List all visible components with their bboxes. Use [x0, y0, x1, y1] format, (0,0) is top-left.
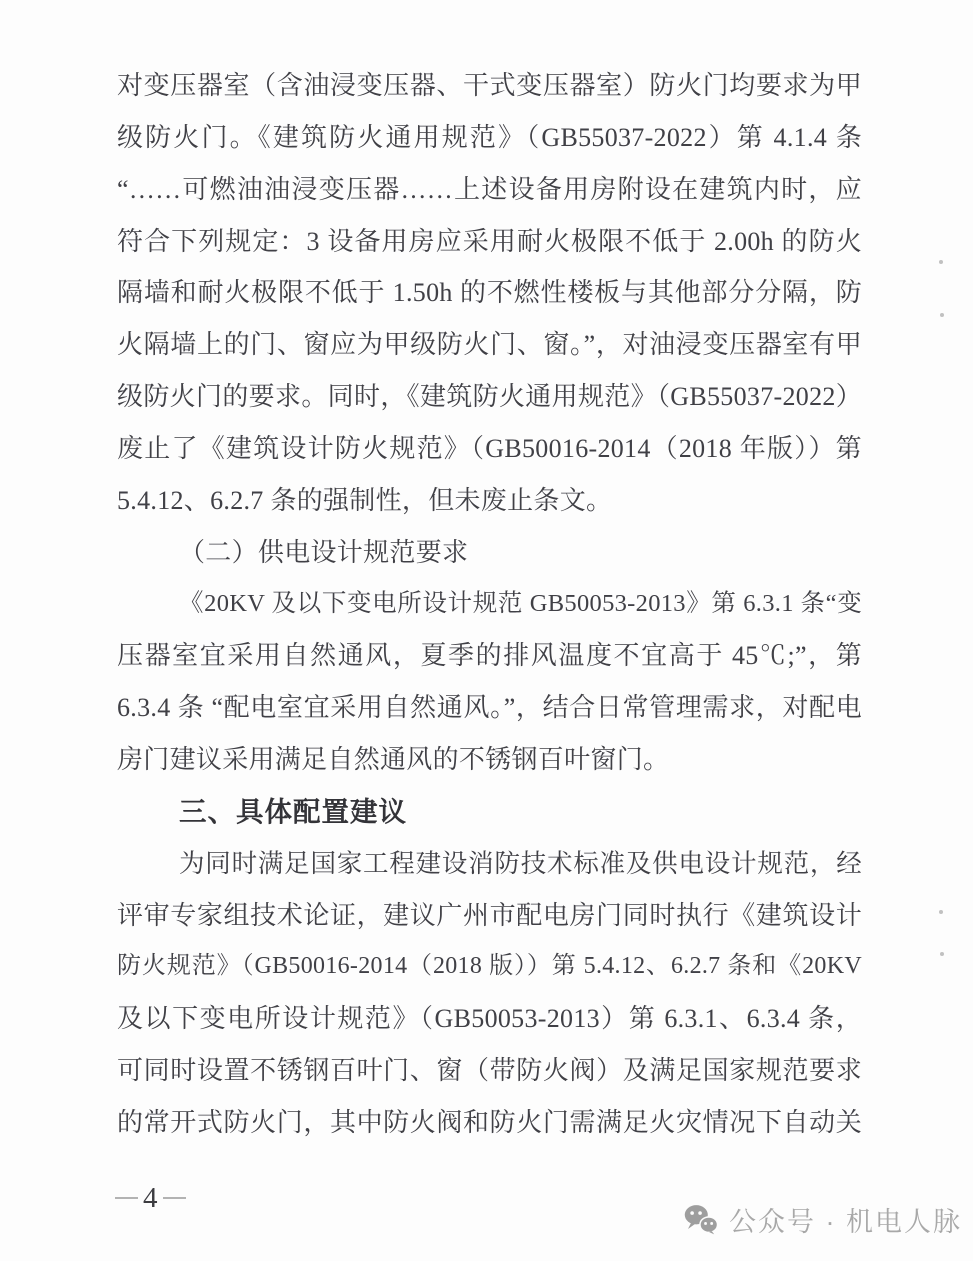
text-line: 废止了《建筑设计防火规范》（GB50016-2014（2018 年版））第 — [117, 423, 862, 475]
wechat-icon — [684, 1204, 718, 1235]
text-line: 级防火门的要求。同时，《建筑防火通用规范》（GB55037-2022） — [117, 371, 862, 423]
text-line: 评审专家组技术论证，建议广州市配电房门同时执行《建筑设计 — [117, 890, 862, 942]
scan-speck — [939, 260, 943, 264]
scan-speck — [940, 313, 944, 317]
text-line: 级防火门。《建筑防火通用规范》（GB55037-2022）第 4.1.4 条 — [117, 112, 862, 164]
page-number: 4 — [110, 1183, 191, 1213]
document-text: 对变压器室（含油浸变压器、干式变压器室）防火门均要求为甲级防火门。《建筑防火通用… — [117, 60, 862, 1149]
section-heading: 三、具体配置建议 — [117, 786, 862, 838]
page-number-dash — [115, 1197, 138, 1199]
text-line: 压器室宜采用自然通风，夏季的排风温度不宜高于 45℃;”，第 — [117, 630, 862, 682]
text-line: 火隔墙上的门、窗应为甲级防火门、窗。”，对油浸变压器室有甲 — [117, 319, 862, 371]
page-number-value: 4 — [143, 1182, 158, 1215]
text-line: 5.4.12、6.2.7 条的强制性，但未废止条文。 — [117, 475, 862, 527]
text-line: 6.3.4 条 “配电室宜采用自然通风。”，结合日常管理需求，对配电 — [117, 682, 862, 734]
text-line: 的常开式防火门，其中防火阀和防火门需满足火灾情况下自动关 — [117, 1097, 862, 1149]
text-line: “……可燃油油浸变压器……上述设备用房附设在建筑内时，应 — [117, 164, 862, 216]
text-line: 及以下变电所设计规范》（GB50053-2013）第 6.3.1、6.3.4 条… — [117, 993, 862, 1045]
scan-speck — [939, 910, 943, 914]
text-line: 对变压器室（含油浸变压器、干式变压器室）防火门均要求为甲 — [117, 60, 862, 112]
document-page: 对变压器室（含油浸变压器、干式变压器室）防火门均要求为甲级防火门。《建筑防火通用… — [0, 0, 973, 1261]
subsection-heading: （二）供电设计规范要求 — [117, 527, 862, 579]
watermark-label: 公众号 · 机电人脉 — [729, 1200, 962, 1239]
text-line: 隔墙和耐火极限不低于 1.50h 的不燃性楼板与其他部分分隔，防 — [117, 267, 862, 319]
text-line: 为同时满足国家工程建设消防技术标准及供电设计规范，经 — [117, 838, 862, 890]
text-line: 可同时设置不锈钢百叶门、窗（带防火阀）及满足国家规范要求 — [117, 1045, 862, 1097]
watermark: 公众号 · 机电人脉 — [684, 1200, 962, 1239]
scan-speck — [940, 952, 944, 956]
text-line: 符合下列规定：3 设备用房应采用耐火极限不低于 2.00h 的防火 — [117, 216, 862, 268]
text-line: 防火规范》（GB50016-2014（2018 版））第 5.4.12、6.2.… — [117, 941, 862, 993]
text-line: 《20KV 及以下变电所设计规范 GB50053-2013》第 6.3.1 条“… — [117, 578, 862, 630]
page-number-dash — [163, 1197, 186, 1199]
text-line: 房门建议采用满足自然通风的不锈钢百叶窗门。 — [117, 734, 862, 786]
